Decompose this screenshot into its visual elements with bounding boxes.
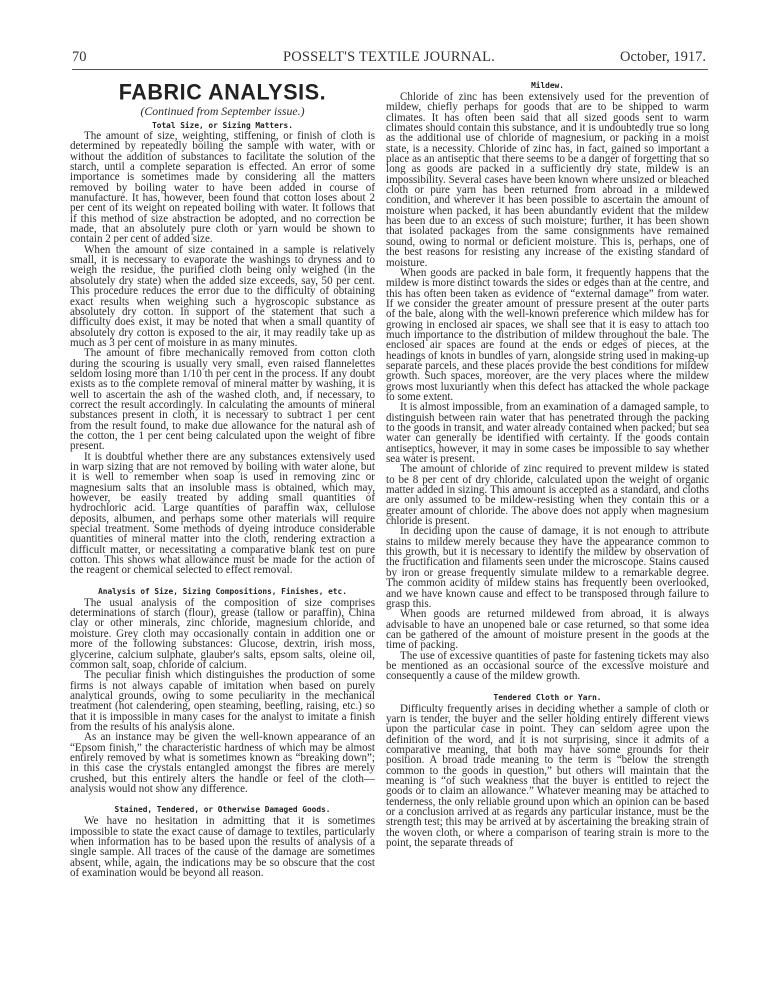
paragraph: The use of excessive quantities of paste…	[386, 651, 709, 682]
paragraph: The peculiar finish which distinguishes …	[70, 670, 375, 732]
paragraph: The usual analysis of the composition of…	[70, 598, 375, 670]
header-rule	[72, 69, 708, 70]
paragraph: Chloride of zinc has been extensively us…	[386, 92, 709, 268]
running-header: 70 POSSELT'S TEXTILE JOURNAL. October, 1…	[72, 49, 706, 69]
paragraph: In deciding upon the cause of damage, it…	[386, 526, 709, 609]
section-heading-analysis-of-size: Analysis of Size, Sizing Compositions, F…	[70, 586, 375, 597]
article-subtitle: (Continued from September issue.)	[70, 104, 375, 118]
paragraph: The amount of fibre mechanically removed…	[70, 348, 375, 451]
paragraph: It is doubtful whether there are any sub…	[70, 452, 375, 576]
issue-date: October, 1917.	[620, 49, 706, 66]
right-column: Mildew. Chloride of zinc has been extens…	[386, 76, 709, 848]
article-title: FABRIC ANALYSIS.	[70, 79, 375, 104]
paragraph: When goods are returned mildewed from ab…	[386, 609, 709, 650]
paragraph: When goods are packed in bale form, it f…	[386, 268, 709, 402]
paragraph: The amount of size, weighting, stiffenin…	[70, 131, 375, 245]
paragraph: We have no hesitation in admitting that …	[70, 816, 375, 878]
section-heading-tendered-cloth: Tendered Cloth or Yarn.	[386, 692, 709, 703]
paragraph: Difficulty frequently arises in deciding…	[386, 704, 709, 849]
paragraph: As an instance may be given the well-kno…	[70, 732, 375, 794]
left-column: FABRIC ANALYSIS. (Continued from Septemb…	[70, 76, 375, 878]
journal-title: POSSELT'S TEXTILE JOURNAL.	[72, 49, 706, 66]
section-heading-mildew: Mildew.	[386, 80, 709, 91]
paragraph: The amount of chloride of zinc required …	[386, 464, 709, 526]
section-heading-damaged-goods: Stained, Tendered, or Otherwise Damaged …	[70, 804, 375, 815]
paragraph: It is almost impossible, from an examina…	[386, 402, 709, 464]
paragraph: When the amount of size contained in a s…	[70, 245, 375, 348]
